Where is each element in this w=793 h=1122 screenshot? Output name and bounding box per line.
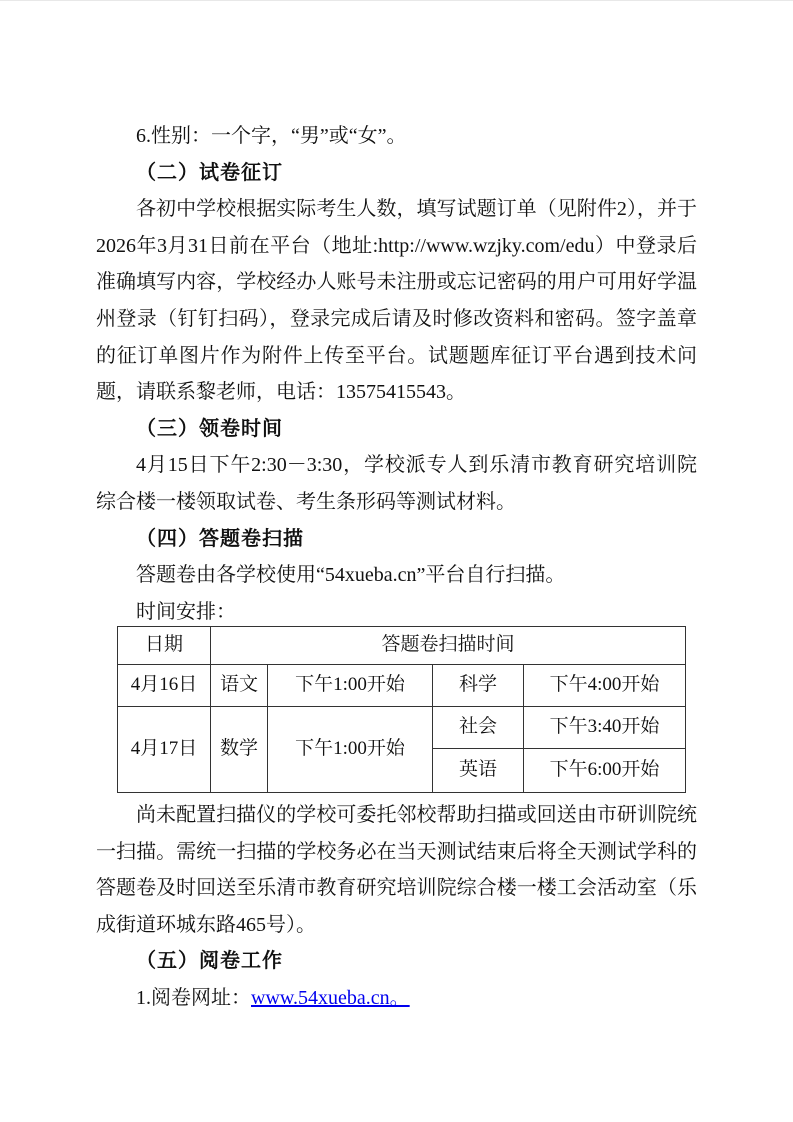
section-5-heading: （五）阅卷工作 <box>96 943 697 980</box>
section-2-body: 各初中学校根据实际考生人数，填写试题订单（见附件2），并于2026年3月31日前… <box>96 191 697 411</box>
cell-subject-english: 英语 <box>433 748 524 792</box>
cell-date-apr17: 4月17日 <box>118 706 211 792</box>
cell-time-math: 下午1:00开始 <box>268 706 433 792</box>
header-cell-scan-time: 答题卷扫描时间 <box>211 627 686 665</box>
item-6-gender: 6.性别：一个字，“男”或“女”。 <box>96 118 697 155</box>
section-3-body: 4月15日下午2:30－3:30，学校派专人到乐清市教育研究培训院综合楼一楼领取… <box>96 447 697 520</box>
scan-schedule-table: 日期 答题卷扫描时间 4月16日 语文 下午1:00开始 科学 下午4:00开始… <box>117 626 686 793</box>
table-row: 4月17日 数学 下午1:00开始 社会 下午3:40开始 <box>118 706 686 748</box>
header-cell-date: 日期 <box>118 627 211 665</box>
cell-time-chinese: 下午1:00开始 <box>268 664 433 706</box>
table-row: 4月16日 语文 下午1:00开始 科学 下午4:00开始 <box>118 664 686 706</box>
table-header-row: 日期 答题卷扫描时间 <box>118 627 686 665</box>
review-url-prefix: 1.阅卷网址： <box>136 987 251 1009</box>
review-site-link[interactable]: www.54xueba.cn。 <box>251 987 410 1009</box>
cell-subject-social: 社会 <box>433 706 524 748</box>
review-url-line: 1.阅卷网址：www.54xueba.cn。 <box>96 980 697 1017</box>
cell-subject-chinese: 语文 <box>211 664 268 706</box>
section-4-body: 答题卷由各学校使用“54xueba.cn”平台自行扫描。 <box>96 557 697 594</box>
cell-time-english: 下午6:00开始 <box>524 748 686 792</box>
cell-subject-science: 科学 <box>433 664 524 706</box>
cell-subject-math: 数学 <box>211 706 268 792</box>
section-3-heading: （三）领卷时间 <box>96 411 697 448</box>
cell-date-apr16: 4月16日 <box>118 664 211 706</box>
schedule-label: 时间安排： <box>96 594 697 631</box>
section-4-heading: （四）答题卷扫描 <box>96 521 697 558</box>
section-2-heading: （二）试卷征订 <box>96 155 697 192</box>
cell-time-science: 下午4:00开始 <box>524 664 686 706</box>
document-page: 6.性别：一个字，“男”或“女”。 （二）试卷征订 各初中学校根据实际考生人数，… <box>0 0 793 1122</box>
cell-time-social: 下午3:40开始 <box>524 706 686 748</box>
section-4-after-table: 尚未配置扫描仪的学校可委托邻校帮助扫描或回送由市研训院统一扫描。需统一扫描的学校… <box>96 797 697 943</box>
